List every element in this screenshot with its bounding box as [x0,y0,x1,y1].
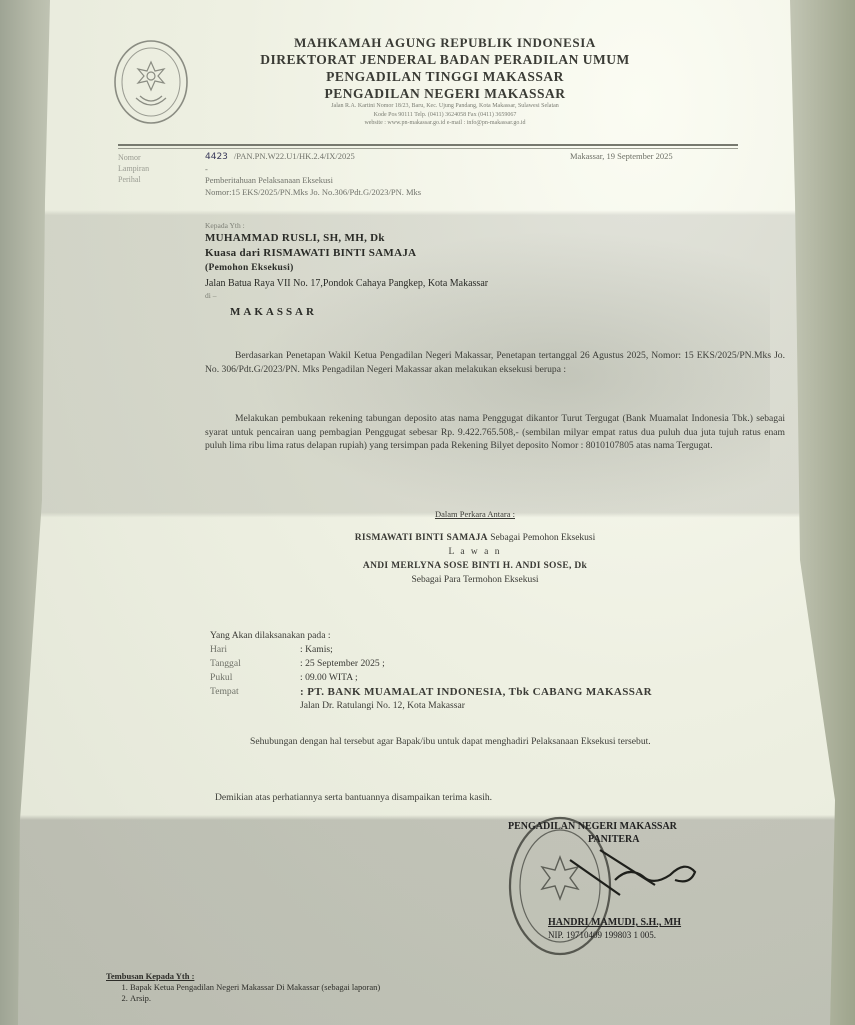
schedule-row: Tanggal: 25 September 2025 ; [210,657,652,671]
signature-title: PANITERA [588,833,778,846]
reference-values: 4423/PAN.PN.W22.U1/HK.2.4/IX/2025 - Pemb… [205,151,421,198]
reference-number: /PAN.PN.W22.U1/HK.2.4/IX/2025 [234,151,355,161]
letterhead-web: website : www.pn-makassar.go.id e-mail :… [200,119,690,128]
label-lampiran: Lampiran [118,163,149,174]
letterhead-line-1: MAHKAMAH AGUNG REPUBLIK INDONESIA [200,34,690,51]
paragraph-basis: Berdasarkan Penetapan Wakil Ketua Pengad… [205,349,785,376]
letterhead-line-3: PENGADILAN TINGGI MAKASSAR [200,68,690,85]
recipient-city: MAKASSAR [230,305,488,320]
signature-institution: PENGADILAN NEGERI MAKASSAR [508,820,778,833]
letterhead-address: Jalan R.A. Kartini Nomor 18/23, Baru, Ke… [200,102,690,111]
paragraph-execution: Melakukan pembukaan rekening tabungan de… [205,412,785,453]
party-2-role: Sebagai Para Termohon Eksekusi [280,573,670,587]
parties-heading: Dalam Perkara Antara : [280,507,670,521]
schedule-row: Pukul: 09.00 WITA ; [210,671,652,685]
reference-perihal-number: Nomor:15 EKS/2025/PN.Mks Jo. No.306/Pdt.… [205,187,421,199]
parties-block: Dalam Perkara Antara : RISMAWATI BINTI S… [280,507,670,587]
signature-block: PENGADILAN NEGERI MAKASSAR PANITERA HAND… [508,820,778,942]
schedule-table: Hari: Kamis; Tanggal: 25 September 2025 … [210,643,652,713]
schedule-row: Hari: Kamis; [210,643,652,657]
cc-block: Tembusan Kepada Yth : Bapak Ketua Pengad… [106,971,380,1004]
versus: L a w a n [280,545,670,559]
cc-title: Tembusan Kepada Yth : [106,971,380,982]
handwritten-number: 4423 [205,152,228,162]
recipient-address: Jalan Batua Raya VII No. 17,Pondok Cahay… [205,276,488,291]
reference-labels: Nomor Lampiran Perihal [118,152,149,185]
recipient-block: Kepada Yth : MUHAMMAD RUSLI, SH, MH, Dk … [205,221,488,320]
paragraph-closing: Demikian atas perhatiannya serta bantuan… [205,791,785,805]
party-1-name: RISMAWATI BINTI SAMAJA [355,533,488,543]
recipient-status: (Pemohon Eksekusi) [205,261,488,276]
schedule-block: Yang Akan dilaksanakan pada : Hari: Kami… [210,629,652,713]
cc-item: Bapak Ketua Pengadilan Negeri Makassar D… [130,982,380,993]
party-2-name: ANDI MERLYNA SOSE BINTI H. ANDI SOSE, Dk [280,559,670,573]
recipient-di: di – [205,291,488,301]
letterhead-divider-thin [118,148,738,149]
place-date: Makassar, 19 September 2025 [570,151,673,161]
court-emblem-icon [112,38,190,126]
signatory-nip: NIP. 19710409 199803 1 005. [548,929,778,942]
paragraph-attendance: Sehubungan dengan hal tersebut agar Bapa… [205,735,785,749]
letterhead-contact: Kode Pos 90111 Telp. (0411) 3624058 Fax … [200,111,690,120]
letterhead-line-2: DIREKTORAT JENDERAL BADAN PERADILAN UMUM [200,51,690,68]
letterhead: MAHKAMAH AGUNG REPUBLIK INDONESIA DIREKT… [200,34,690,128]
recipient-salutation: Kepada Yth : [205,221,488,231]
reference-lampiran: - [205,164,421,176]
letterhead-line-4: PENGADILAN NEGERI MAKASSAR [200,85,690,102]
recipient-name: MUHAMMAD RUSLI, SH, MH, Dk [205,231,488,246]
letterhead-divider [118,144,738,146]
reference-perihal: Pemberitahuan Pelaksanaan Eksekusi [205,175,421,187]
schedule-intro: Yang Akan dilaksanakan pada : [210,629,652,643]
cc-item: Arsip. [130,993,380,1004]
schedule-row: Jalan Dr. Ratulangi No. 12, Kota Makassa… [210,699,652,713]
signatory-name: HANDRI MAMUDI, S.H., MH [548,916,778,929]
label-nomor: Nomor [118,152,149,163]
schedule-row: Tempat: PT. BANK MUAMALAT INDONESIA, Tbk… [210,685,652,699]
schedule-place-address: Jalan Dr. Ratulangi No. 12, Kota Makassa… [300,699,652,713]
party-1-role: Sebagai Pemohon Eksekusi [488,533,595,543]
label-perihal: Perihal [118,174,149,185]
recipient-role: Kuasa dari RISMAWATI BINTI SAMAJA [205,246,488,261]
